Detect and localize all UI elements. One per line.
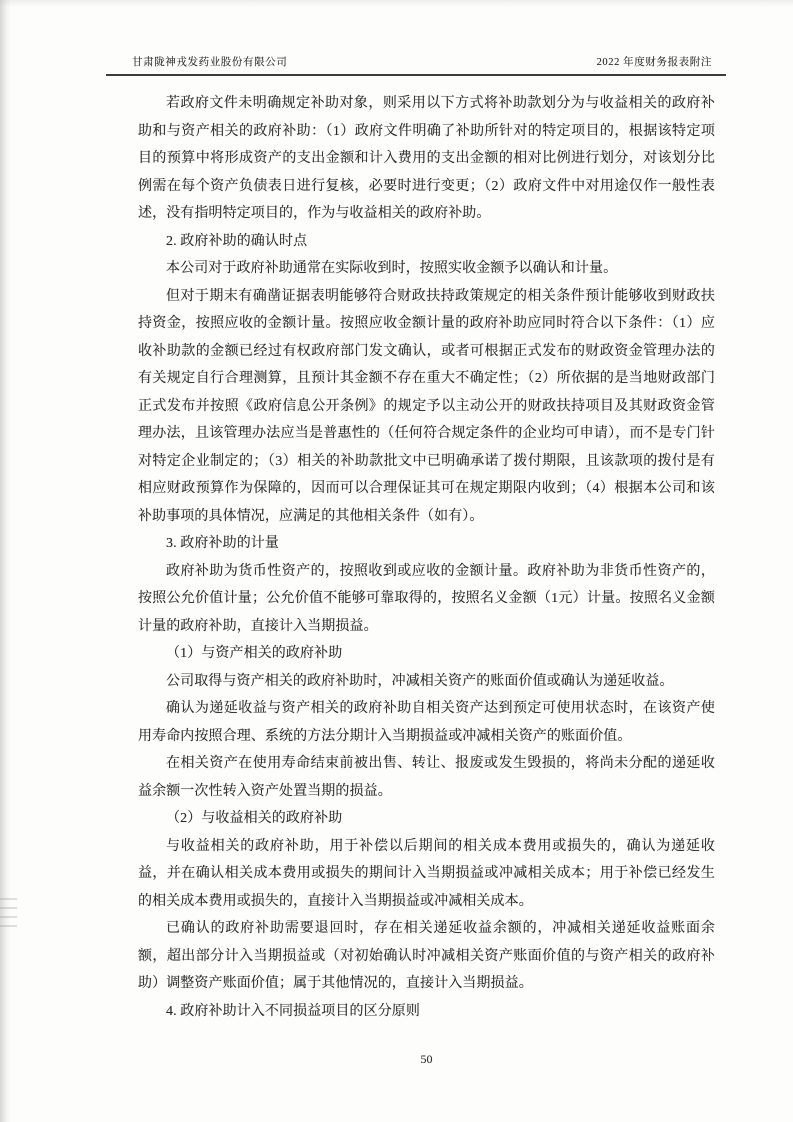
scan-top-edge-artifact (0, 0, 793, 7)
scan-left-edge-artifact (0, 0, 11, 1122)
paragraph: 确认为递延收益与资产相关的政府补助自相关资产达到预定可使用状态时，在该资产使用寿… (138, 695, 715, 750)
section-heading: 4. 政府补助计入不同损益项目的区分原则 (138, 998, 715, 1026)
paragraph: 本公司对于政府补助通常在实际收到时，按照实收金额予以确认和计量。 (138, 255, 715, 283)
paragraph: 政府补助为货币性资产的，按照收到或应收的金额计量。政府补助为非货币性资产的，按照… (138, 558, 715, 641)
paragraph: 公司取得与资产相关的政府补助时，冲减相关资产的账面价值或确认为递延收益。 (138, 668, 715, 696)
document-body: 若政府文件未明确规定补助对象，则采用以下方式将补助款划分为与收益相关的政府补助和… (138, 90, 715, 1025)
company-name: 甘肃陇神戎发药业股份有限公司 (106, 54, 287, 69)
scan-smudge-artifact (0, 898, 17, 932)
sub-heading: （1）与资产相关的政府补助 (138, 640, 715, 668)
section-heading: 3. 政府补助的计量 (138, 530, 715, 558)
paragraph: 若政府文件未明确规定补助对象，则采用以下方式将补助款划分为与收益相关的政府补助和… (138, 90, 715, 228)
sub-heading: （2）与收益相关的政府补助 (138, 805, 715, 833)
paragraph: 与收益相关的政府补助，用于补偿以后期间的相关成本费用或损失的，确认为递延收益，并… (138, 833, 715, 916)
page-header: 甘肃陇神戎发药业股份有限公司 2022 年度财务报表附注 (106, 54, 726, 76)
paragraph: 但对于期末有确凿证据表明能够符合财政扶持政策规定的相关条件预计能够收到财政扶持资… (138, 283, 715, 531)
page-footer: 50 (138, 1052, 715, 1067)
paragraph: 在相关资产在使用寿命结束前被出售、转让、报废或发生毁损的，将尚未分配的递延收益余… (138, 750, 715, 805)
section-heading: 2. 政府补助的确认时点 (138, 228, 715, 256)
paragraph: 已确认的政府补助需要退回时，存在相关递延收益余额的，冲减相关递延收益账面余额，超… (138, 915, 715, 998)
page-number: 50 (421, 1052, 433, 1066)
report-title: 2022 年度财务报表附注 (597, 54, 726, 69)
document-page: 甘肃陇神戎发药业股份有限公司 2022 年度财务报表附注 若政府文件未明确规定补… (0, 0, 793, 1122)
